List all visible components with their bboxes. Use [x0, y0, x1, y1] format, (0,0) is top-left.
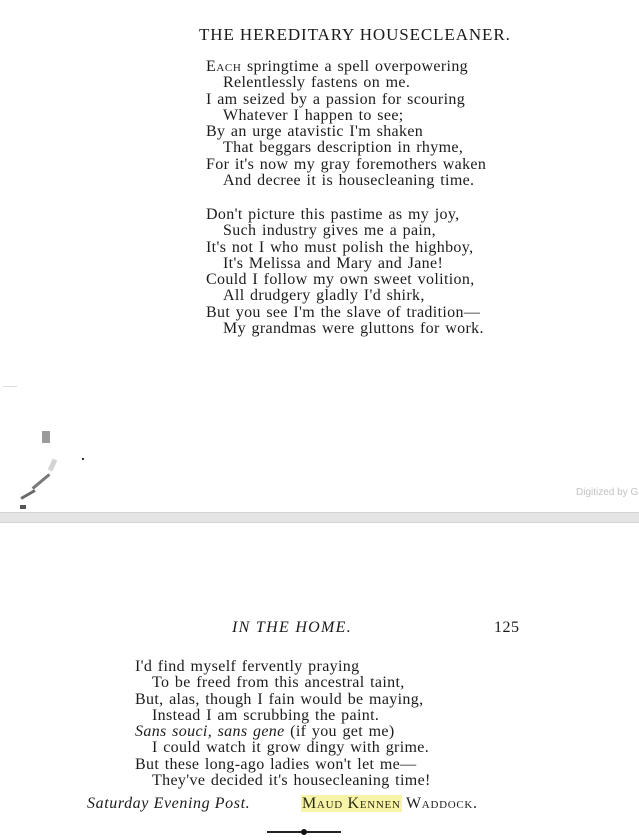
scan-mark [20, 489, 35, 500]
poem-line: Each springtime a spell overpowering [206, 59, 486, 75]
scan-mark [20, 505, 26, 509]
poem-line: It's not I who must polish the highboy, [206, 240, 484, 256]
drop-lead-word: Each [206, 58, 241, 75]
poem-line: By an urge atavistic I'm shaken [206, 124, 486, 140]
stanza-2: Don't picture this pastime as my joy, Su… [206, 207, 484, 337]
poem-line: I am seized by a passion for scouring [206, 92, 486, 108]
poem-line: For it's now my gray foremothers waken [206, 157, 486, 173]
poem-line: I'd find myself fervently praying [135, 659, 431, 675]
page-number: 125 [494, 619, 520, 637]
scan-mark [42, 431, 50, 443]
poem-line: Whatever I happen to see; [206, 108, 486, 124]
bottom-page: IN THE HOME. 125 I'd find myself fervent… [0, 523, 639, 840]
stanza-1: Each springtime a spell overpowering Rel… [206, 59, 486, 189]
poem-line: But you see I'm the slave of tradition— [206, 305, 484, 321]
poem-line: To be freed from this ancestral taint, [135, 675, 431, 691]
attribution: Saturday Evening Post. Maud Kennen Waddo… [87, 795, 517, 813]
top-page: THE HEREDITARY HOUSECLEANER. Each spring… [0, 0, 639, 512]
scan-mark [82, 458, 84, 460]
scan-mark [48, 459, 58, 472]
author-name: Maud Kennen Waddock. [301, 795, 478, 813]
poem-line: Sans souci, sans gene (if you get me) [135, 724, 431, 740]
highlighted-text[interactable]: Maud Kennen [301, 795, 402, 812]
ornament-dot-icon [301, 829, 307, 835]
ornament-rule [267, 831, 341, 833]
poem-line: Could I follow my own sweet volition, [206, 272, 484, 288]
poem-line: Don't picture this pastime as my joy, [206, 207, 484, 223]
poem-line: But these long-ago ladies won't let me— [135, 757, 431, 773]
poem-line: That beggars description in rhyme, [206, 140, 486, 156]
poem-line: I could watch it grow dingy with grime. [135, 740, 431, 756]
poem-line: And decree it is housecleaning time. [206, 173, 486, 189]
poem-line: Relentlessly fastens on me. [206, 75, 486, 91]
stanza-3: I'd find myself fervently praying To be … [135, 659, 431, 789]
digitized-watermark: Digitized by G [576, 487, 638, 498]
page-separator [0, 512, 639, 523]
scan-mark [32, 473, 51, 489]
running-head: IN THE HOME. [232, 619, 352, 637]
source-publication: Saturday Evening Post. [87, 795, 250, 813]
poem-line: They've decided it's housecleaning time! [135, 773, 431, 789]
poem-line: Such industry gives me a pain, [206, 223, 484, 239]
poem-line: It's Melissa and Mary and Jane! [206, 256, 484, 272]
poem-line: But, alas, though I fain would be maying… [135, 692, 431, 708]
scan-mark [3, 386, 17, 387]
poem-title: THE HEREDITARY HOUSECLEANER. [199, 25, 511, 45]
poem-line: My grandmas were gluttons for work. [206, 321, 484, 337]
poem-line: Instead I am scrubbing the paint. [135, 708, 431, 724]
poem-line: All drudgery gladly I'd shirk, [206, 288, 484, 304]
italic-phrase: Sans souci, sans gene [135, 723, 285, 740]
